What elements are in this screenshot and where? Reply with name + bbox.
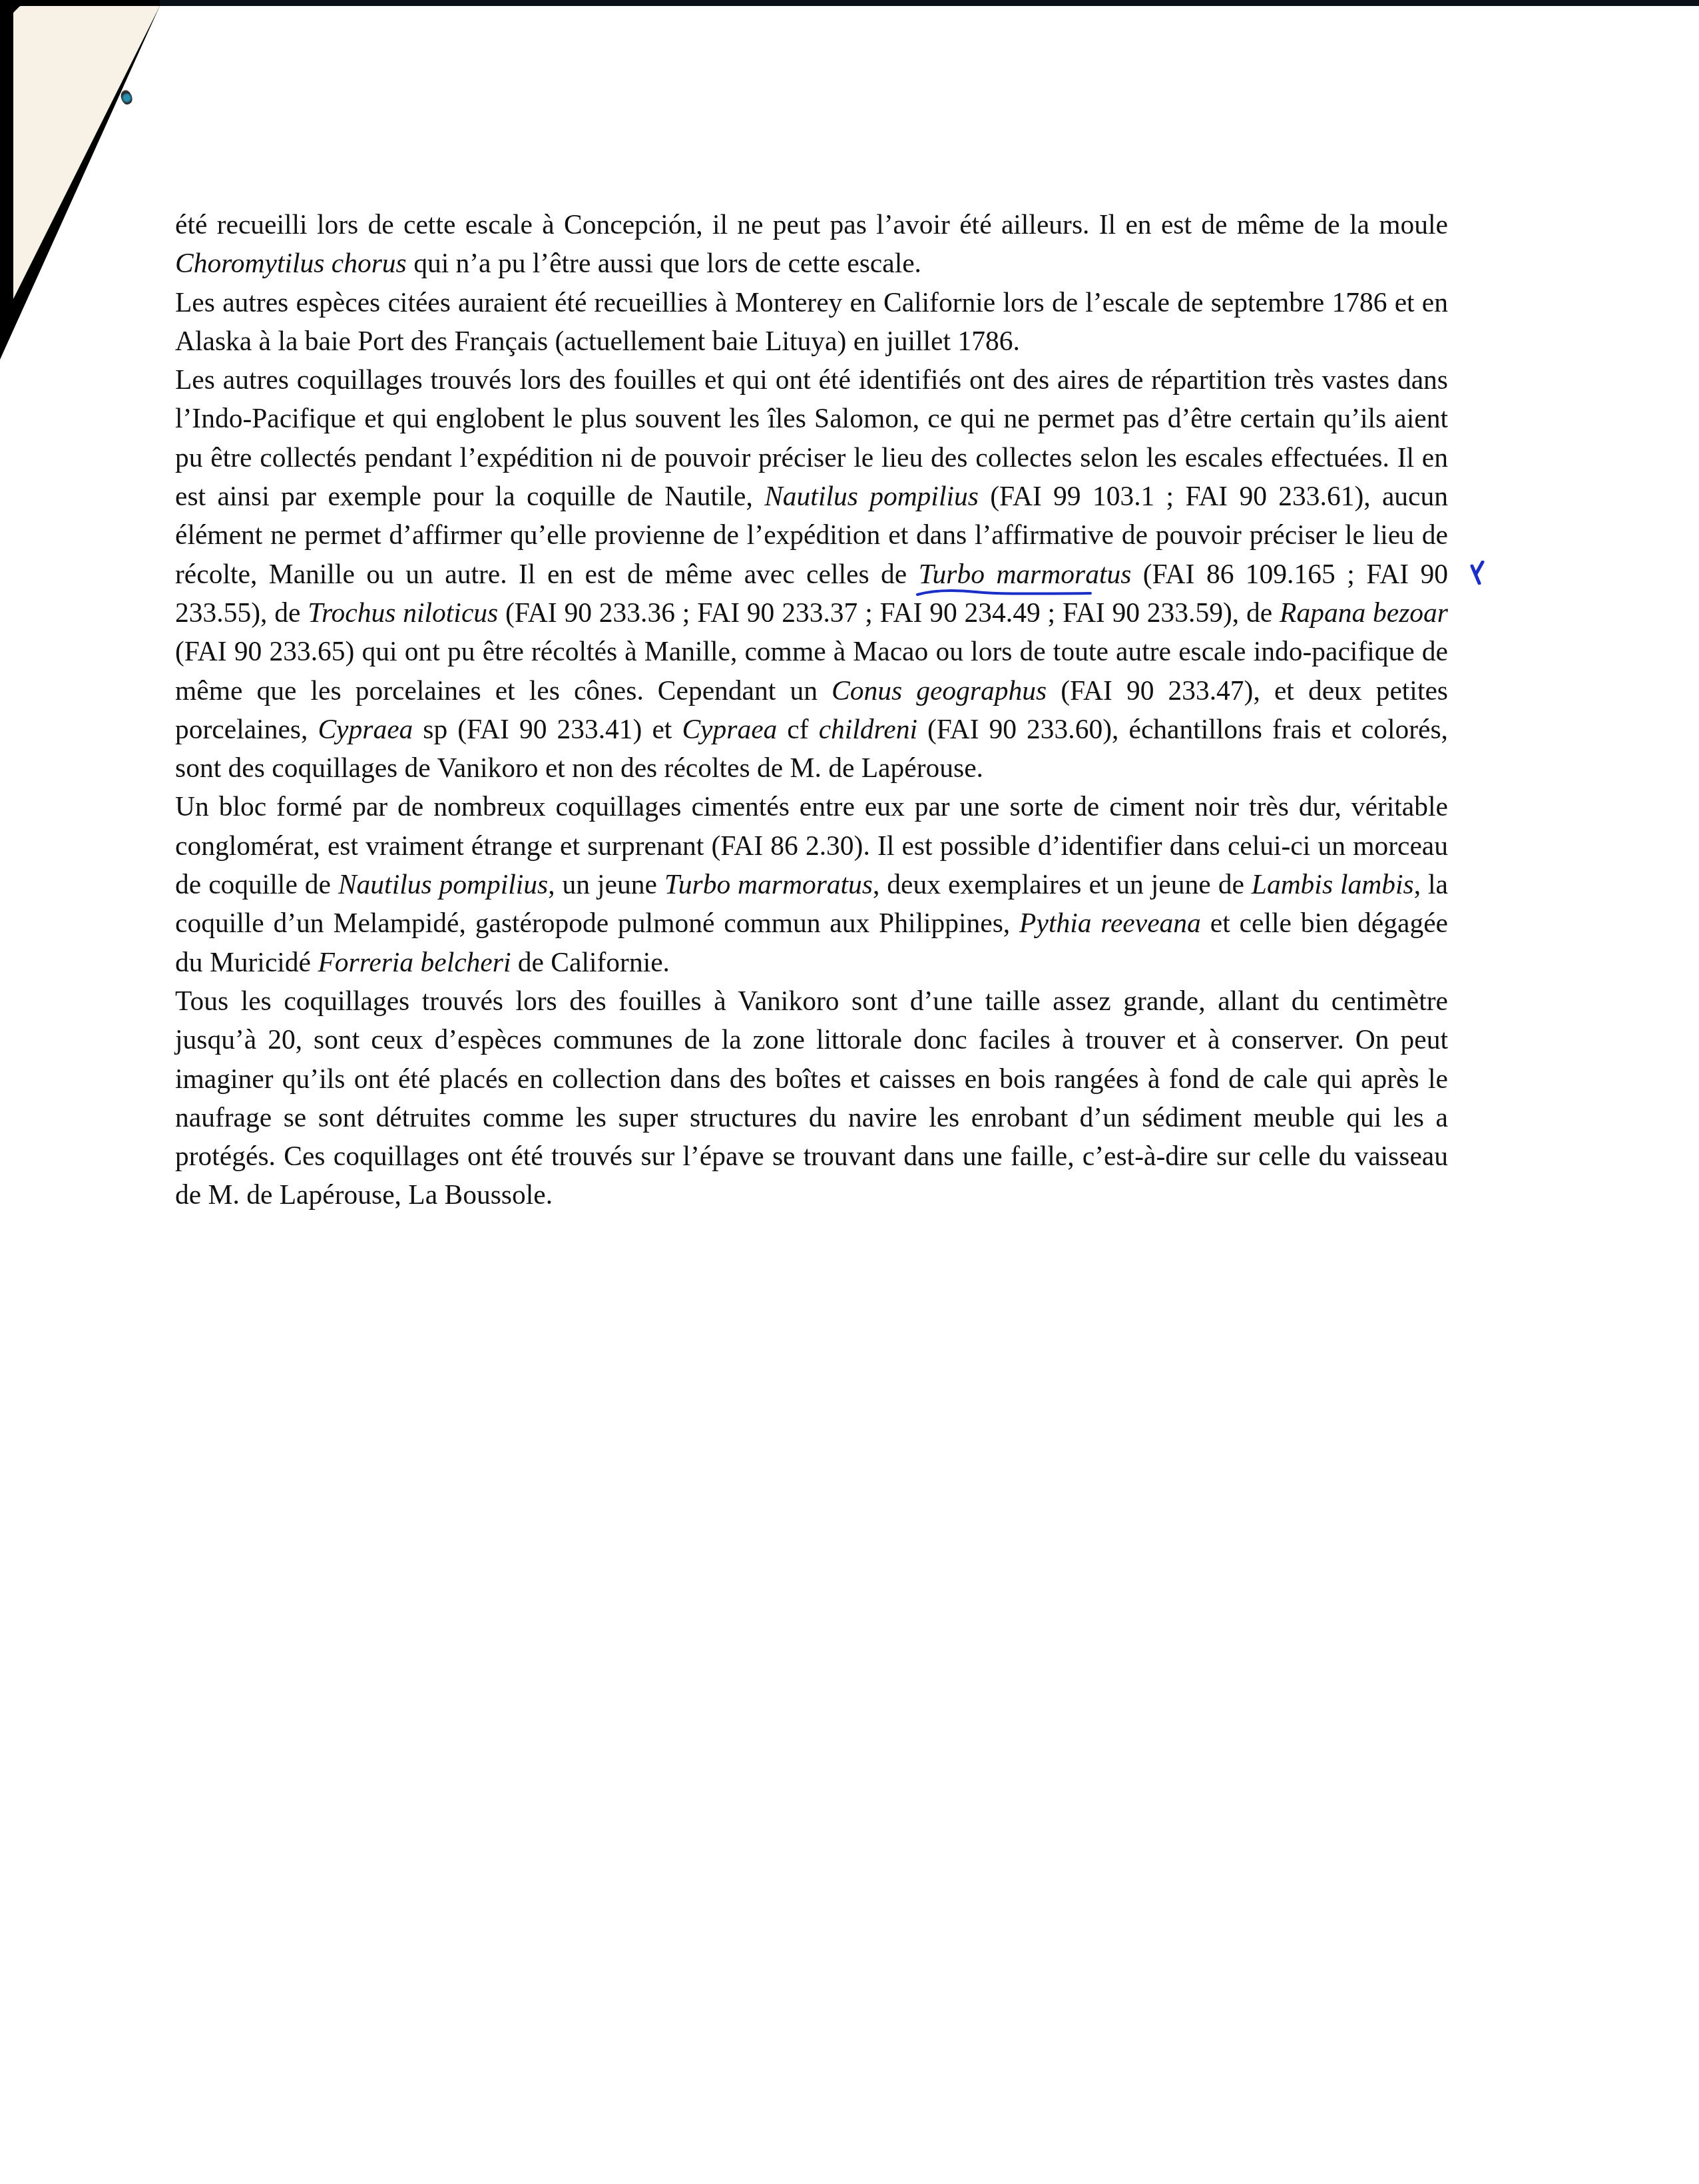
text-run: , un jeune: [548, 869, 664, 900]
paragraph: été recueilli lors de cette escale à Con…: [175, 205, 1448, 283]
text-run: , deux exemplaires et un jeune de: [873, 869, 1252, 900]
paragraph: Un bloc formé par de nombreux coquillage…: [175, 787, 1448, 981]
species-name: Cypraea: [318, 714, 413, 744]
species-name: Turbo marmoratus: [664, 869, 873, 900]
text-run: été recueilli lors de cette escale à Con…: [175, 209, 1448, 240]
species-name: childreni: [819, 714, 917, 744]
species-name: Nautilus pompilius: [338, 869, 548, 900]
paragraph: Les autres espèces citées auraient été r…: [175, 283, 1448, 361]
paragraph: Tous les coquillages trouvés lors des fo…: [175, 981, 1448, 1215]
species-name: Turbo marmoratus: [919, 559, 1132, 589]
species-name: Forreria belcheri: [318, 947, 511, 977]
text-run: cf: [777, 714, 818, 744]
text-run: Tous les coquillages trouvés lors des fo…: [175, 985, 1448, 1210]
species-name: Rapana bezoar: [1280, 597, 1448, 628]
species-name: Cypraea: [682, 714, 777, 744]
scan-border-top: [0, 0, 1699, 6]
document-body: été recueilli lors de cette escale à Con…: [175, 205, 1448, 1215]
species-name: Nautilus pompilius: [764, 481, 979, 511]
species-name: Trochus niloticus: [308, 597, 498, 628]
species-name: Choromytilus chorus: [175, 248, 407, 278]
species-name: Conus geographus: [832, 675, 1047, 706]
text-run: Les autres espèces citées auraient été r…: [175, 287, 1448, 356]
text-run: (FAI 90 233.36 ; FAI 90 233.37 ; FAI 90 …: [498, 597, 1280, 628]
pen-underline-annotation: [916, 589, 1092, 597]
paragraph: Les autres coquillages trouvés lors des …: [175, 360, 1448, 787]
text-run: sp (FAI 90 233.41) et: [413, 714, 682, 744]
text-run: de Californie.: [511, 947, 670, 977]
folded-page-corner: [13, 6, 160, 299]
species-name: Pythia reeveana: [1019, 908, 1201, 938]
species-name: Lambis lambis: [1252, 869, 1414, 900]
margin-x-mark-icon: [1470, 561, 1485, 585]
text-run: qui n’a pu l’être aussi que lors de cett…: [407, 248, 921, 278]
